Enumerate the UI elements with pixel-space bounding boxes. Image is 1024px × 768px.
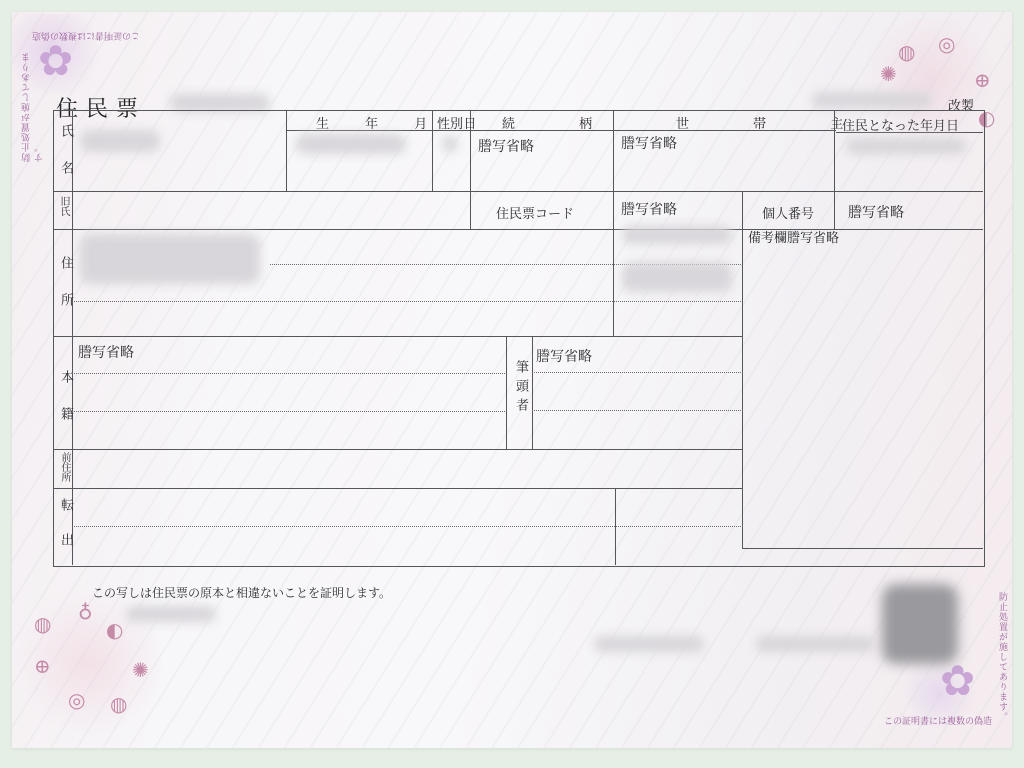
redacted-issue-date [126,606,216,622]
former-surname-label: 旧氏 [56,196,71,216]
redacted-issuer-title [594,636,704,652]
redacted-municipal-seal [882,584,958,664]
motif-icon: ◐ [106,620,123,640]
redacted-address [80,234,260,284]
domicile-label: 本籍 [56,370,75,444]
individual-number-value: 謄写省略 [848,202,904,222]
remarks-label: 備考欄謄写省略 [748,227,839,246]
redacted-sex [442,136,458,152]
previous-address-label: 前住所 [57,452,72,482]
family-head-value: 謄写省略 [536,346,592,366]
redacted-resident-since [846,138,966,154]
redacted-birthdate [296,134,406,154]
resident-code-label: 住民票コード [496,203,574,222]
relationship-value: 謄写省略 [478,136,534,156]
motif-icon: ✺ [880,64,897,84]
redacted-address-date-2 [622,262,732,292]
security-notice-side-bottom: 防止処置が施してあります。 [996,592,1009,724]
sex-header: 性別 [437,113,463,132]
resident-code-value: 謄写省略 [621,199,677,219]
redacted-name [80,130,160,152]
security-notice-bottom: この証明書には複数の偽造 [884,714,992,727]
family-head-label: 筆頭者 [511,360,530,417]
moved-out-label: 転出 [56,498,75,568]
domicile-value: 謄写省略 [78,342,134,362]
motif-icon: ⊕ [974,70,991,90]
motif-icon: ◍ [898,42,915,62]
motif-icon: ✺ [132,660,149,680]
individual-number-label: 個人番号 [762,203,814,222]
name-label: 氏名 [56,124,75,198]
resident-form-table [53,110,985,567]
motif-icon: ⊕ [34,656,51,676]
birthdate-header: 生 年 月 日 [316,113,492,132]
certification-text: この写しは住民票の原本と相違ないことを証明します。 [92,584,391,601]
address-label: 住所 [56,256,75,330]
relationship-header: 続 柄 [502,113,622,132]
motif-icon: ♁ [78,600,93,620]
security-notice-side-top: 防止処置が施してあります。 [20,52,46,162]
redacted-issuer-name [756,636,874,652]
resident-since-header: 住民となった年月日 [842,115,959,134]
security-notice-top: この証明書には複数の偽造 [32,30,140,43]
cherry-blossom-icon: ✿ [940,660,975,702]
motif-icon: ◍ [34,614,51,634]
motif-icon: ◎ [68,690,85,710]
redacted-revision-date [812,92,932,108]
redacted-address-date-1 [622,226,732,244]
motif-icon: ◍ [110,694,127,714]
motif-icon: ◎ [938,34,955,54]
household-head-value: 謄写省略 [621,133,677,153]
